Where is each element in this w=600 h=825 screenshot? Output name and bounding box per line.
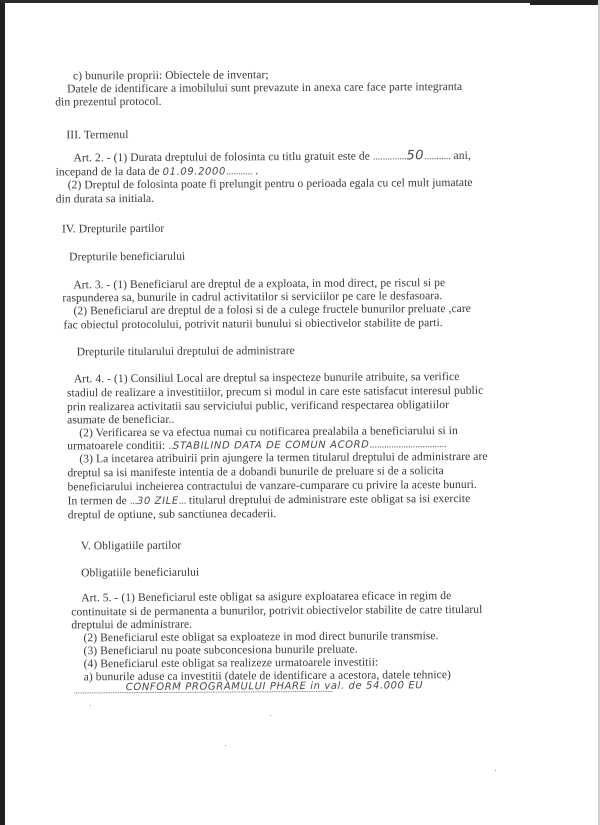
line-prezentul-protocol: din prezentul protocol. xyxy=(55,95,162,109)
art5-line3: dreptului de administrare. xyxy=(71,618,192,632)
art4-line2: stadiul de realizare a investitiilor, pr… xyxy=(67,384,483,400)
art4-para3: (3) La incetarea atribuirii prin ajunger… xyxy=(79,450,487,465)
art2-text: Art. 2. - (1) Durata dreptului de folosi… xyxy=(73,150,372,165)
handwritten-duration: 50 xyxy=(406,148,424,163)
handwritten-start-date: 01.09.2000 xyxy=(163,166,226,177)
art2-para1: Art. 2. - (1) Durata dreptului de folosi… xyxy=(73,149,470,164)
term-label: In termen de xyxy=(68,494,130,507)
art4-para1: Art. 4. - (1) Consiliul Local are dreptu… xyxy=(74,370,460,385)
term-text: titularul dreptului de administrare este… xyxy=(186,492,470,507)
art5-para1: Art. 5. - (1) Beneficiarul este obligat … xyxy=(81,589,451,604)
line-datele-identificare: Datele de identificare a imobilului sunt… xyxy=(67,80,462,95)
art2-para2: (2) Dreptul de folosinta poate fi prelun… xyxy=(68,176,473,191)
art3-para2: (2) Beneficiarul are dreptul de a folosi… xyxy=(73,302,471,317)
scan-speck xyxy=(495,770,496,771)
art5-line2: continuitate si de permanenta a bunurilo… xyxy=(71,603,482,619)
subheading-obligatiile-beneficiarului: Obligatiile beneficiarului xyxy=(81,566,199,580)
art4-line9: beneficiarului incheierea contractului d… xyxy=(67,478,476,494)
document-page: c) bunurile proprii: Obiectele de invent… xyxy=(0,0,600,825)
subheading-drepturile-titularului: Drepturile titularului dreptului de admi… xyxy=(77,344,295,358)
subheading-drepturile-beneficiarului: Drepturile beneficiarului xyxy=(69,250,185,264)
scan-speck xyxy=(270,715,271,716)
fill-dots: .............. xyxy=(373,149,407,162)
section-heading-drepturile-partilor: IV. Drepturile partilor xyxy=(62,222,164,236)
art4-line11: dreptul de optiune, sub sanctiunea decad… xyxy=(68,507,277,521)
line-bunurile-proprii: c) bunurile proprii: Obiectele de invent… xyxy=(73,68,269,82)
section-heading-termenul: III. Termenul xyxy=(66,128,128,141)
art4-line8: dreptul sa isi manifeste intentia de a d… xyxy=(67,464,443,479)
scan-speck xyxy=(90,705,91,706)
start-date-label: incepand de la data de xyxy=(56,165,163,179)
art4-term: In termen de ...30 ZILE... titularul dre… xyxy=(68,492,471,508)
conditions-label: urmatoarele conditii: xyxy=(67,439,168,453)
period: . xyxy=(252,164,258,177)
scan-speck xyxy=(225,745,226,746)
fill-dots: ................................ xyxy=(369,437,446,450)
art5-para2: (2) Beneficiarul este obligat sa exploat… xyxy=(83,629,438,644)
art4-line4: asumate de beneficiar.. xyxy=(67,413,174,427)
art2-durata-initiala: din durata sa initiala. xyxy=(56,192,154,206)
handwritten-term: 30 ZILE xyxy=(137,496,179,507)
section-heading-obligatiile-partilor: V. Obligatiile partilor xyxy=(81,539,182,553)
art2-unit: ani, xyxy=(451,149,471,162)
fill-line: ........................................… xyxy=(74,682,514,698)
fill-dots: ........... xyxy=(424,149,450,162)
art3-line4: fac obiectul protocolului, potrivit natu… xyxy=(63,316,442,331)
fill-dots: ........... xyxy=(226,164,252,177)
art4-line3: prin realizarea activitatii sau serviciu… xyxy=(67,398,449,413)
